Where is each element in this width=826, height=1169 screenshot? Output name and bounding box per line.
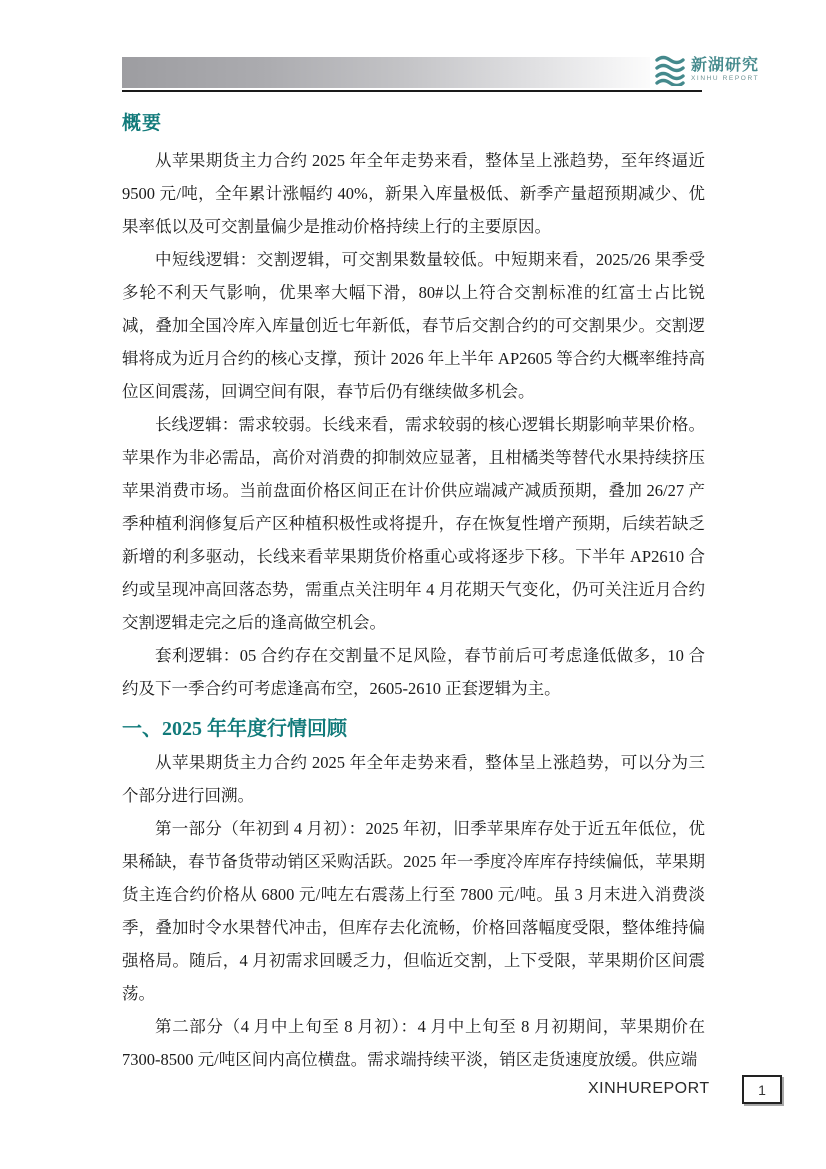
summary-paragraph: 从苹果期货主力合约 2025 年全年走势来看，整体呈上涨趋势，至年终逼近 950…	[122, 144, 705, 243]
xinhu-logo: 新湖研究 XINHU REPORT	[650, 52, 761, 88]
summary-paragraph: 长线逻辑：需求较弱。长线来看，需求较弱的核心逻辑长期影响苹果价格。苹果作为非必需…	[122, 408, 705, 639]
section1-paragraph: 第二部分（4 月中上旬至 8 月初）：4 月中上旬至 8 月初期间，苹果期价在 …	[122, 1010, 705, 1076]
section1-paragraph: 第一部分（年初到 4 月初）：2025 年初，旧季苹果库存处于近五年低位，优果稀…	[122, 812, 705, 1010]
logo-text-block: 新湖研究 XINHU REPORT	[691, 58, 759, 83]
logo-subtitle: XINHU REPORT	[691, 76, 759, 83]
summary-paragraph: 中短线逻辑：交割逻辑，可交割果数量较低。中短期来看，2025/26 果季受多轮不…	[122, 243, 705, 408]
waves-icon	[654, 54, 686, 86]
report-page: 新湖研究 XINHU REPORT 概要 从苹果期货主力合约 2025 年全年走…	[0, 0, 826, 1169]
document-body: 概要 从苹果期货主力合约 2025 年全年走势来看，整体呈上涨趋势，至年终逼近 …	[122, 108, 705, 1076]
section1-heading: 一、2025 年年度行情回顾	[122, 712, 705, 741]
summary-heading: 概要	[122, 108, 705, 135]
section1-paragraph: 从苹果期货主力合约 2025 年全年走势来看，整体呈上涨趋势，可以分为三个部分进…	[122, 746, 705, 812]
header-gradient-bar	[122, 57, 682, 88]
summary-paragraph: 套利逻辑：05 合约存在交割量不足风险，春节前后可考虑逢低做多，10 合约及下一…	[122, 639, 705, 705]
page-number-box: 1	[742, 1075, 782, 1104]
footer-brand: XINHUREPORT	[588, 1080, 710, 1098]
logo-title: 新湖研究	[691, 58, 759, 74]
header-divider-line	[122, 90, 702, 92]
page-number: 1	[758, 1082, 766, 1098]
